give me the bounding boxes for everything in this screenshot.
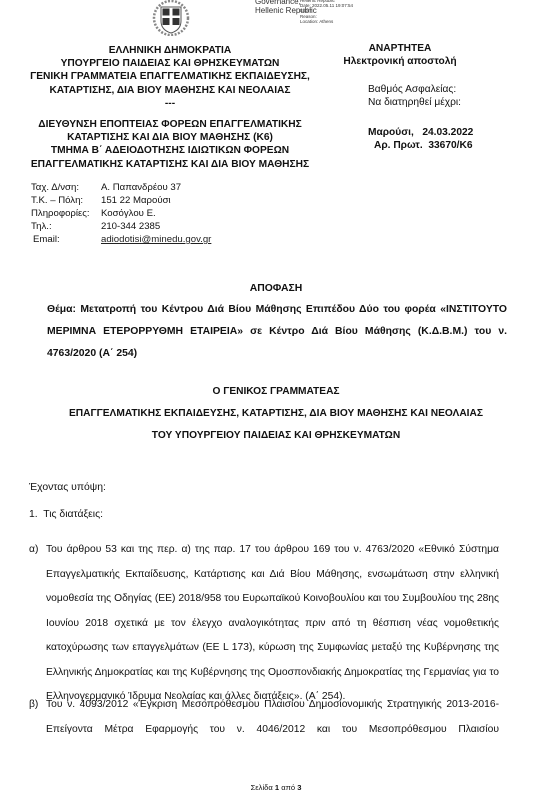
document-meta: ΑΝΑΡΤΗΤΕΑ Ηλεκτρονική αποστολή Βαθμός Ασ… [340,42,540,152]
general-secretary-block: Ο ΓΕΝΙΚΟΣ ΓΡΑΜΜΑΤΕΑΣ ΕΠΑΓΓΕΛΜΑΤΙΚΗΣ ΕΚΠΑ… [0,381,552,447]
delivery-method: Ηλεκτρονική αποστολή [340,55,460,68]
contact-info: Ταχ. Δ/νση: Α. Παπανδρέου 37 Τ.Κ. – Πόλη… [31,181,211,246]
date-protocol-block: Μαρούσι, 24.03.2022 Αρ. Πρωτ. 33670/Κ6 [368,126,540,153]
header-line: ΥΠΟΥΡΓΕΙΟ ΠΑΙΔΕΙΑΣ ΚΑΙ ΘΡΗΣΚΕΥΜΑΤΩΝ [20,57,320,70]
signature-detail: Location: Athens [300,19,353,24]
contact-row: Email: adiodotisi@minedu.gov.gr [31,233,211,246]
decision-subject: Θέμα: Μετατροπή του Κέντρου Διά Βίου Μάθ… [47,299,507,365]
signature-stamp-details: Hellenic Republic Date: 2022.05.11 19:07… [300,0,353,24]
department-line: ΤΜΗΜΑ Β΄ ΑΔΕΙΟΔΟΤΗΣΗΣ ΙΔΙΩΤΙΚΩΝ ΦΟΡΕΩΝ [20,144,320,157]
contact-row: Πληροφορίες: Κοσόγλου Ε. [31,207,211,220]
department-header: ΔΙΕΥΘΥΝΣΗ ΕΠΟΠΤΕΙΑΣ ΦΟΡΕΩΝ ΕΠΑΓΓΕΛΜΑΤΙΚΗ… [20,118,320,171]
posting-label: ΑΝΑΡΤΗΤΕΑ [340,42,460,55]
paragraph-b: β) Του ν. 4093/2012 «Έγκριση Μεσοπρόθεσμ… [29,693,499,742]
paragraph-label: β) [29,693,38,718]
retain-until-label: Να διατηρηθεί μέχρι: [368,96,540,109]
header-line: ΓΕΝΙΚΗ ΓΡΑΜΜΑΤΕΙΑ ΕΠΑΓΓΕΛΜΑΤΙΚΗΣ ΕΚΠΑΙΔΕ… [20,70,320,83]
contact-value: Α. Παπανδρέου 37 [101,181,181,194]
header-line: ΕΛΛΗΝΙΚΗ ΔΗΜΟΚΡΑΤΙΑ [20,44,320,57]
contact-value: 210-344 2385 [101,220,160,233]
contact-key: Email: [31,233,101,246]
header-separator: --- [20,97,320,110]
department-line: ΕΠΑΓΓΕΛΜΑΤΙΚΗΣ ΚΑΤΑΡΤΙΣΗΣ ΚΑΙ ΔΙΑ ΒΙΟΥ Μ… [20,158,320,171]
contact-key: Τηλ.: [31,220,101,233]
paragraph-text: Του ν. 4093/2012 «Έγκριση Μεσοπρόθεσμου … [46,693,499,742]
paragraph-text: Του άρθρου 53 και της περ. α) της παρ. 1… [46,538,499,710]
page-prefix: Σελίδα [251,783,275,792]
provisions-item: 1. Τις διατάξεις: [29,509,103,520]
contact-row: Τ.Κ. – Πόλη: 151 22 Μαρούσι [31,194,211,207]
considering-heading: Έχοντας υπόψη: [29,482,106,493]
place-date: Μαρούσι, 24.03.2022 [368,126,540,139]
security-block: Βαθμός Ασφαλείας: Να διατηρηθεί μέχρι: [368,83,540,110]
decision-title: ΑΠΟΦΑΣΗ [0,283,552,294]
security-level-label: Βαθμός Ασφαλείας: [368,83,540,96]
paragraph-a: α) Του άρθρου 53 και της περ. α) της παρ… [29,538,499,710]
page-sep: από [279,783,297,792]
gs-line: ΤΟΥ ΥΠΟΥΡΓΕΙΟΥ ΠΑΙΔΕΙΑΣ ΚΑΙ ΘΡΗΣΚΕΥΜΑΤΩΝ [0,425,552,447]
contact-row: Ταχ. Δ/νση: Α. Παπανδρέου 37 [31,181,211,194]
contact-value: 151 22 Μαρούσι [101,194,171,207]
contact-key: Τ.Κ. – Πόλη: [31,194,101,207]
contact-key: Ταχ. Δ/νση: [31,181,101,194]
contact-row: Τηλ.: 210-344 2385 [31,220,211,233]
page-total: 3 [297,783,301,792]
department-line: ΔΙΕΥΘΥΝΣΗ ΕΠΟΠΤΕΙΑΣ ΦΟΡΕΩΝ ΕΠΑΓΓΕΛΜΑΤΙΚΗ… [20,118,320,131]
email-link[interactable]: adiodotisi@minedu.gov.gr [101,233,211,246]
paragraph-label: α) [29,538,38,563]
department-line: ΚΑΤΑΡΤΙΣΗΣ ΚΑΙ ΔΙΑ ΒΙΟΥ ΜΑΘΗΣΗΣ (Κ6) [20,131,320,144]
page-footer: Σελίδα 1 από 3 [0,783,552,792]
header-line: ΚΑΤΑΡΤΙΣΗΣ, ΔΙΑ ΒΙΟΥ ΜΑΘΗΣΗΣ ΚΑΙ ΝΕΟΛΑΙΑ… [20,84,320,97]
contact-value: Κοσόγλου Ε. [101,207,156,220]
greek-coat-of-arms-icon [150,0,192,36]
gs-line: ΕΠΑΓΓΕΛΜΑΤΙΚΗΣ ΕΚΠΑΙΔΕΥΣΗΣ, ΚΑΤΑΡΤΙΣΗΣ, … [0,403,552,425]
gs-line: Ο ΓΕΝΙΚΟΣ ΓΡΑΜΜΑΤΕΑΣ [0,381,552,403]
issuer-header: ΕΛΛΗΝΙΚΗ ΔΗΜΟΚΡΑΤΙΑ ΥΠΟΥΡΓΕΙΟ ΠΑΙΔΕΙΑΣ Κ… [20,44,320,110]
protocol-number: Αρ. Πρωτ. 33670/Κ6 [374,139,540,152]
contact-key: Πληροφορίες: [31,207,101,220]
